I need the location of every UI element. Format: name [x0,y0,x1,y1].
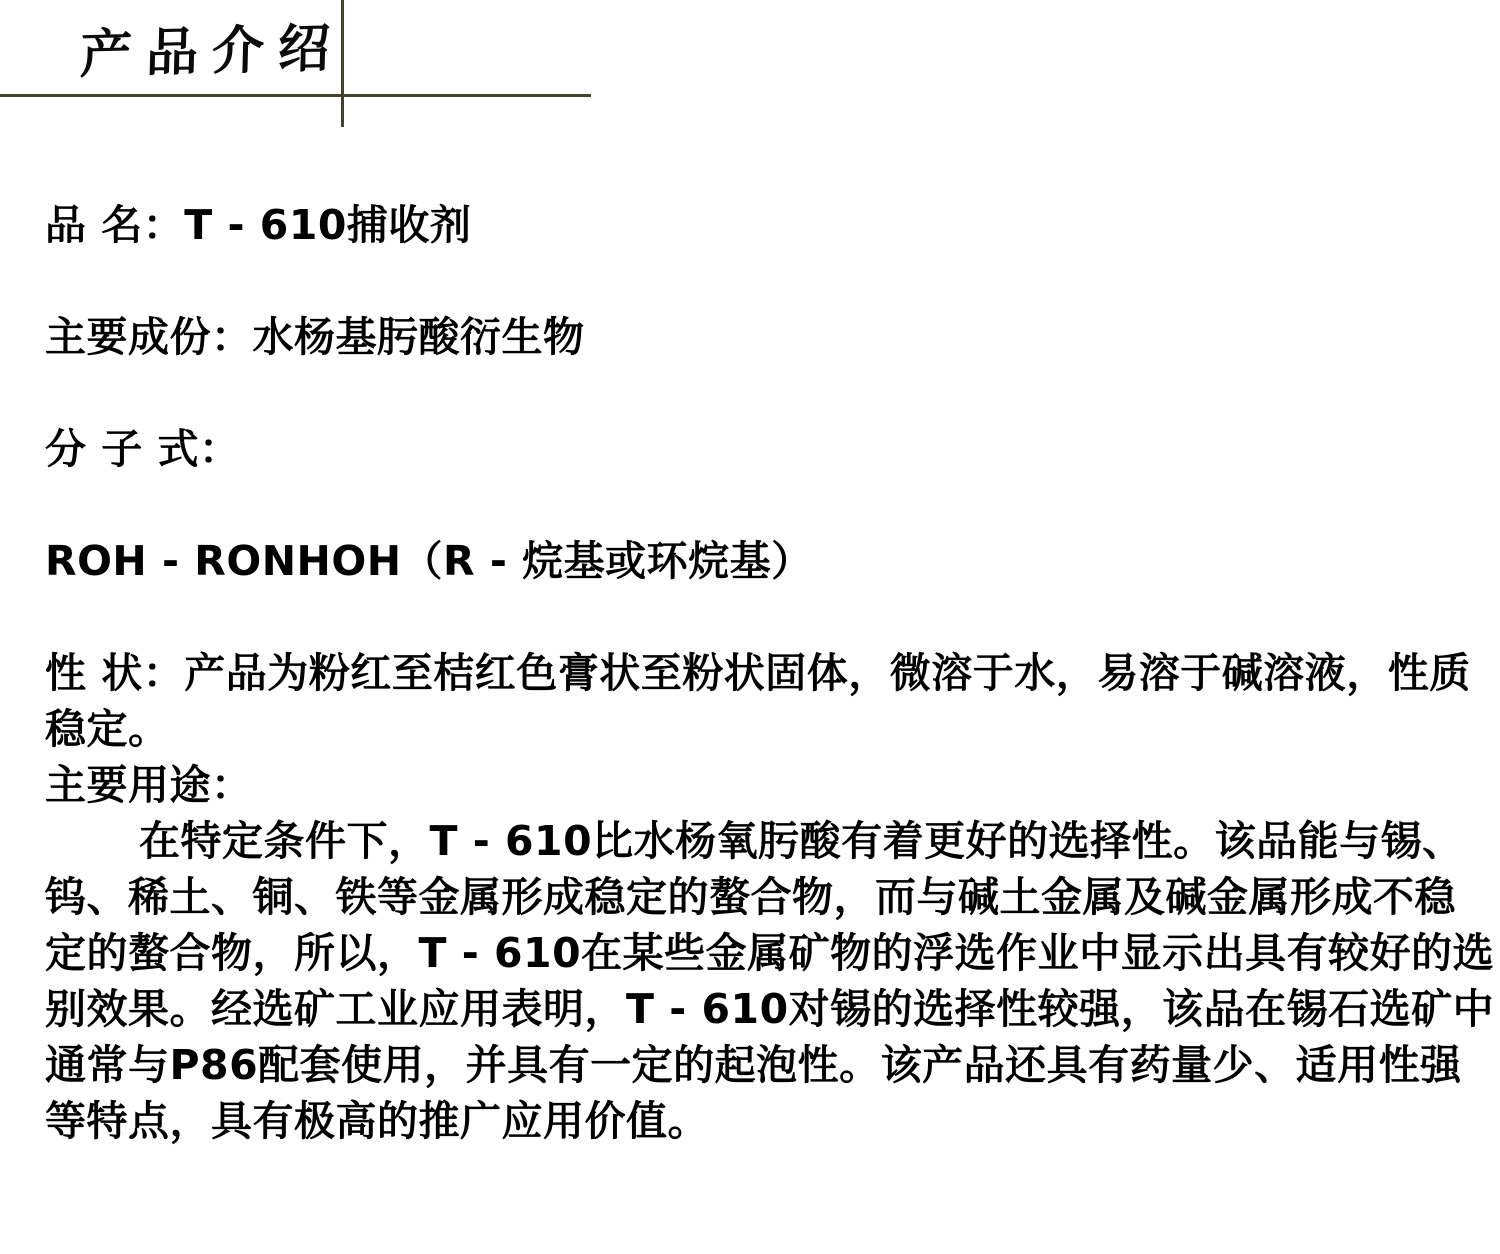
page-title: 产品介绍 [79,17,345,89]
product-name-line: 品 名：T - 610捕收剂 [45,197,1460,253]
usage-label: 主要用途： [45,757,1460,813]
usage-paragraph-line: 别效果。经选矿工业应用表明，T - 610对锡的选择性较强，该品在锡石选矿中 [45,981,1460,1037]
formula-line: ROH - RONHOH（R - 烷基或环烷基） [45,533,1460,589]
ingredients-line: 主要成份：水杨基肟酸衍生物 [45,309,1460,365]
usage-paragraph-line: 定的螯合物，所以，T - 610在某些金属矿物的浮选作业中显示出具有较好的选 [45,925,1460,981]
usage-paragraph-line: 通常与P86配套使用，并具有一定的起泡性。该产品还具有药量少、适用性强 [45,1037,1460,1093]
header-vertical-divider [341,0,344,127]
usage-paragraph-line: 等特点，具有极高的推广应用价值。 [45,1093,1460,1149]
usage-paragraph-line: 在特定条件下，T - 610比水杨氧肟酸有着更好的选择性。该品能与锡、 [45,813,1460,869]
properties-line-1: 性 状：产品为粉红至桔红色膏状至粉状固体，微溶于水，易溶于碱溶液，性质 [45,645,1460,701]
product-intro-page: 产品介绍 品 名：T - 610捕收剂 主要成份：水杨基肟酸衍生物 分 子 式：… [0,0,1500,1254]
formula-label: 分 子 式： [45,421,1460,477]
properties-line-2: 稳定。 [45,701,1460,757]
product-description: 品 名：T - 610捕收剂 主要成份：水杨基肟酸衍生物 分 子 式： ROH … [45,197,1460,1149]
header-horizontal-divider [0,94,591,97]
usage-paragraph-line: 钨、稀土、铜、铁等金属形成稳定的螯合物，而与碱土金属及碱金属形成不稳 [45,869,1460,925]
